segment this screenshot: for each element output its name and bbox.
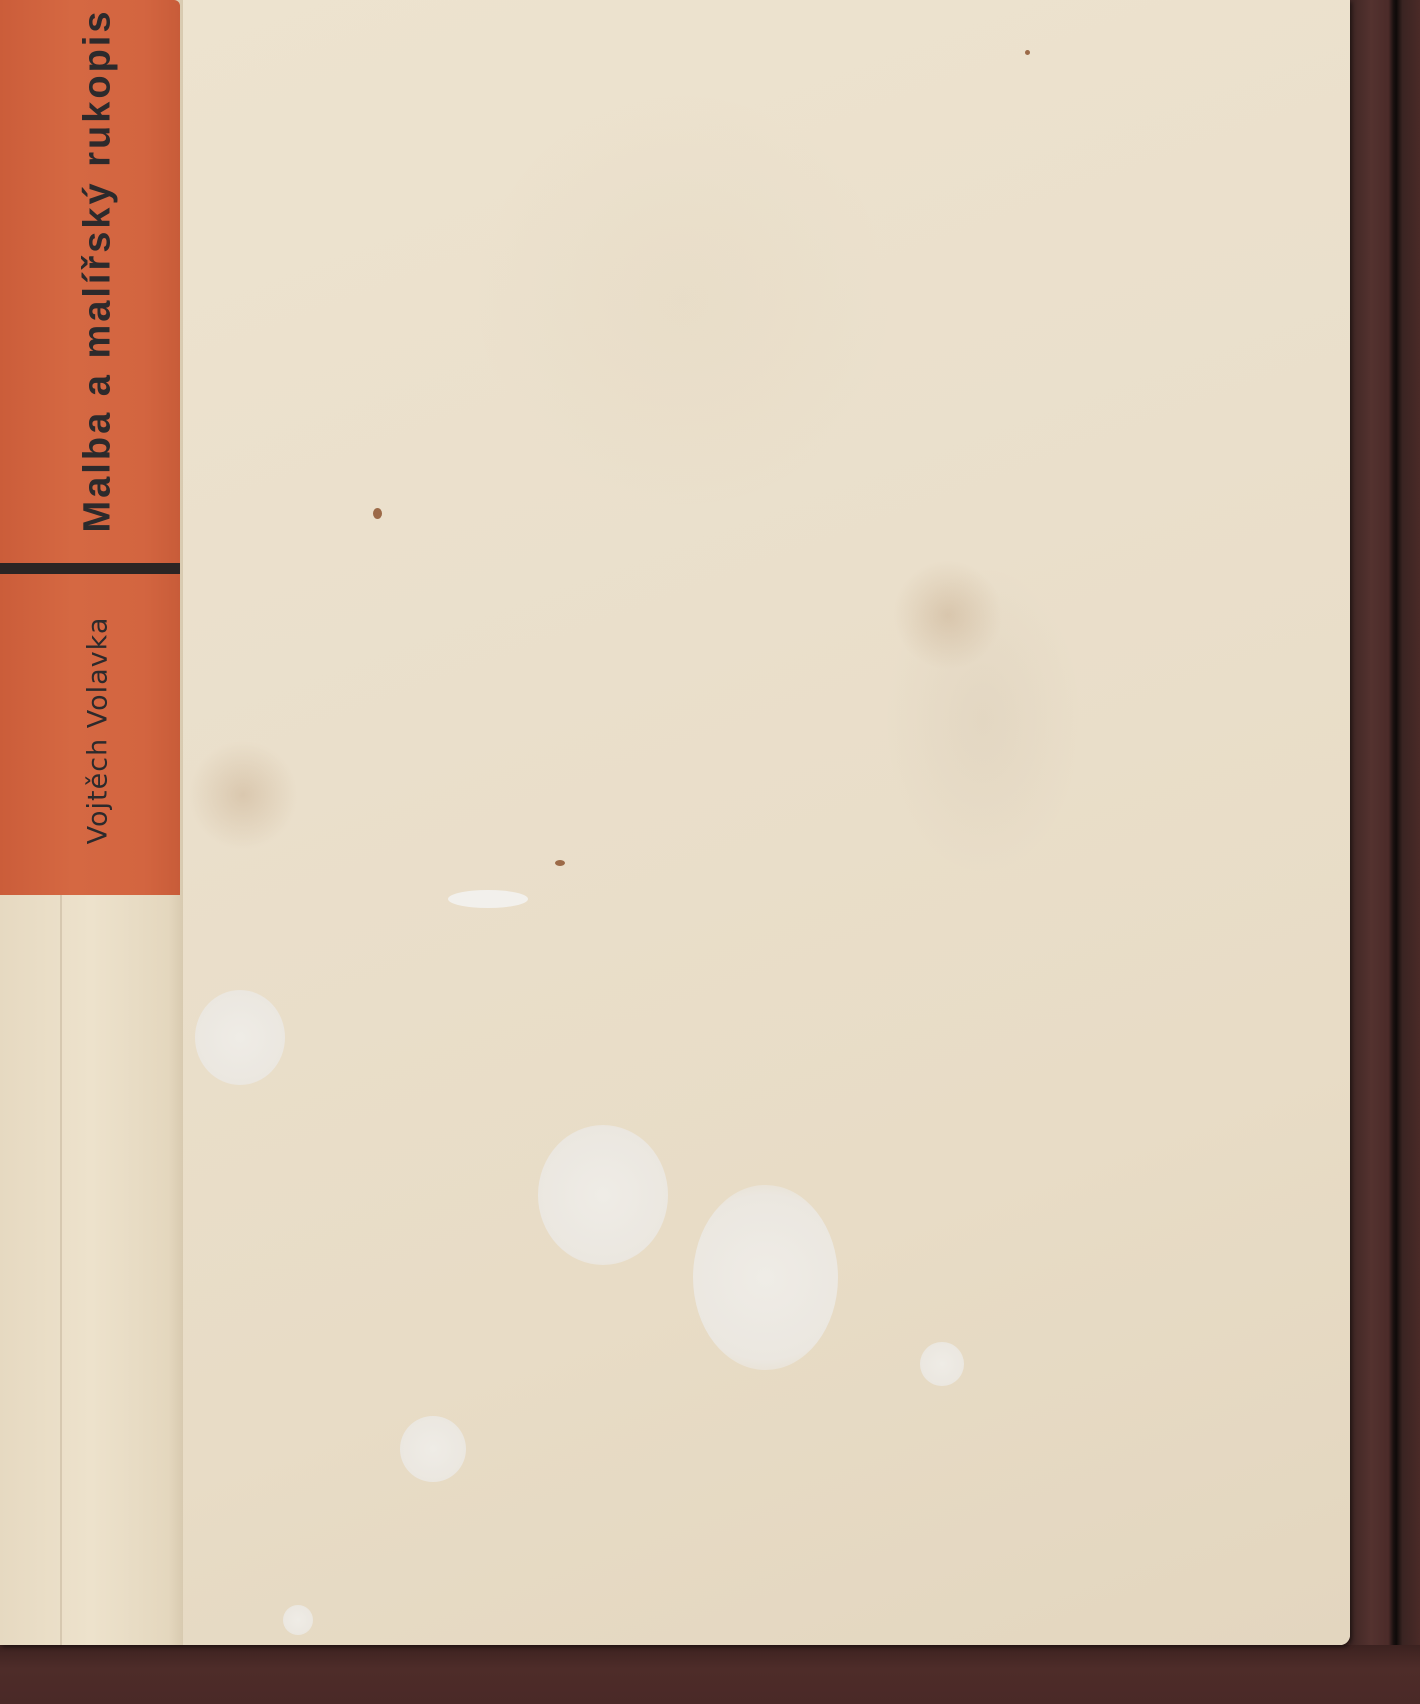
book-author-container: Vojtěch Volavka	[78, 585, 118, 875]
spot	[373, 508, 382, 519]
stain	[188, 740, 298, 850]
stain	[920, 1342, 964, 1386]
stain	[538, 1125, 668, 1265]
book-title-container: Malba a malířský rukopis	[78, 0, 118, 540]
book-title: Malba a malířský rukopis	[77, 8, 120, 532]
spot	[1025, 50, 1030, 55]
book: Malba a malířský rukopis Vojtěch Volavka	[0, 0, 1350, 1645]
stain	[195, 990, 285, 1085]
stain	[448, 890, 528, 908]
front-cover	[183, 0, 1350, 1645]
background-surface-bottom	[0, 1645, 1420, 1704]
label-divider-rule	[0, 563, 180, 574]
background-surface-right	[1350, 0, 1420, 1704]
spot	[555, 860, 565, 866]
book-spine: Malba a malířský rukopis Vojtěch Volavka	[0, 0, 185, 1645]
stain	[400, 1416, 466, 1482]
stain	[283, 1605, 313, 1635]
book-author: Vojtěch Volavka	[83, 616, 114, 844]
stain	[893, 560, 1003, 670]
stain	[693, 1185, 838, 1370]
spine-label: Malba a malířský rukopis Vojtěch Volavka	[0, 0, 180, 895]
